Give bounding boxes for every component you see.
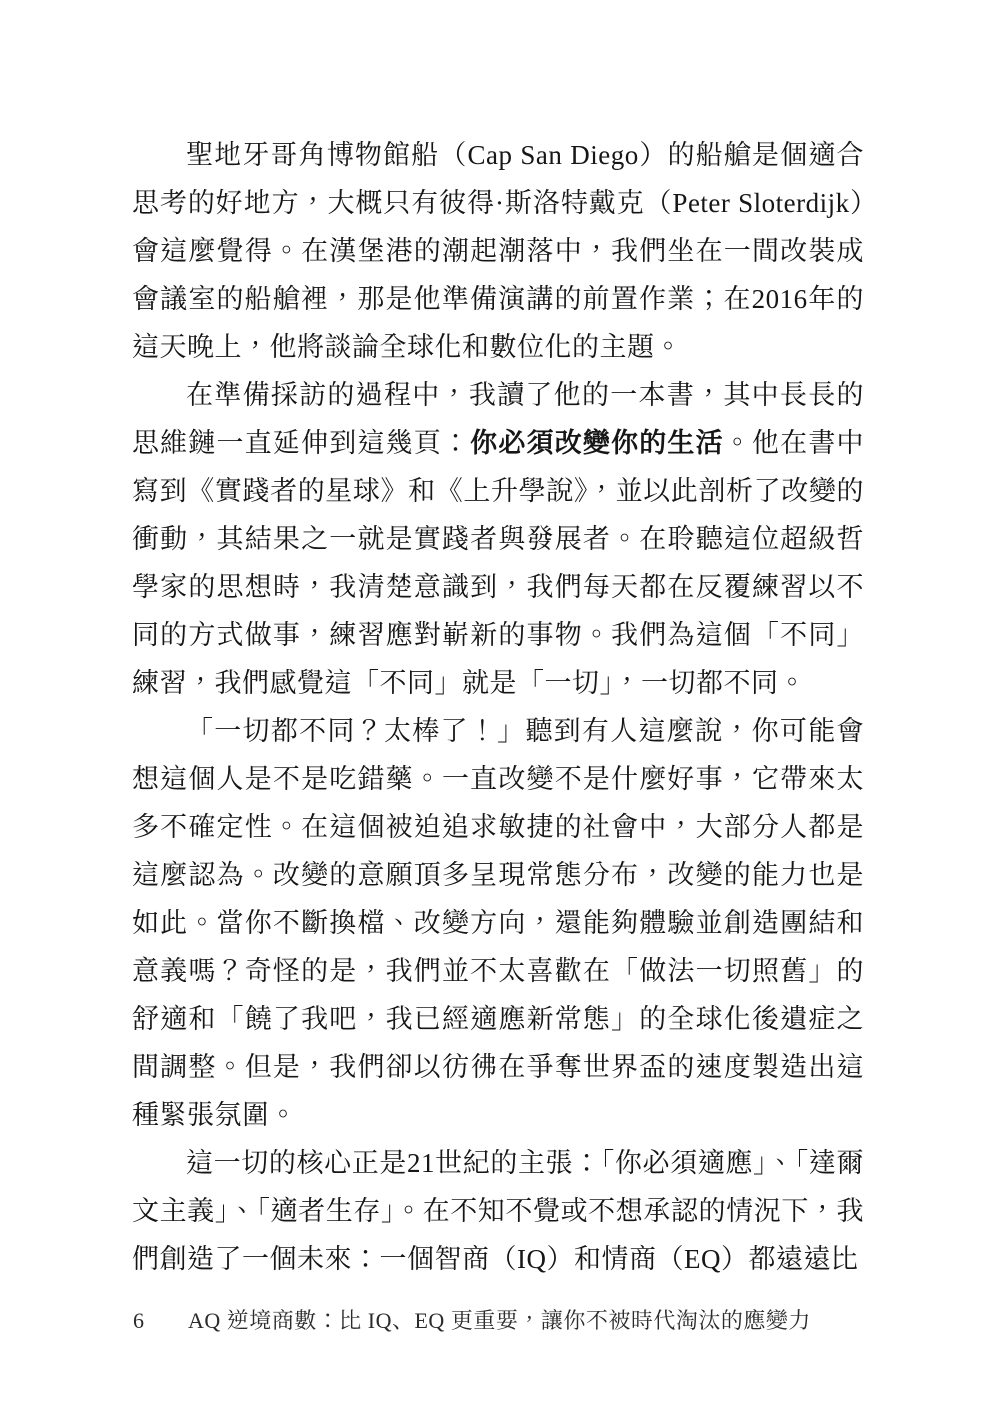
paragraph-3: 「一切都不同？太棒了！」聽到有人這麼說，你可能會想這個人是不是吃錯藥。一直改變不…: [132, 707, 864, 1139]
paragraph-2-text-after: 。他在書中寫到《實踐者的星球》和《上升學說》，並以此剖析了改變的衝動，其結果之一…: [132, 428, 864, 698]
page-number: 6: [133, 1306, 147, 1336]
book-page: 聖地牙哥角博物館船（Cap San Diego）的船艙是個適合思考的好地方，大概…: [0, 0, 1000, 1418]
bold-phrase: 你必須改變你的生活: [470, 428, 724, 458]
paragraph-2: 在準備採訪的過程中，我讀了他的一本書，其中長長的思維鏈一直延伸到這幾頁：你必須改…: [132, 371, 864, 707]
body-text: 聖地牙哥角博物館船（Cap San Diego）的船艙是個適合思考的好地方，大概…: [132, 131, 864, 1283]
paragraph-4: 這一切的核心正是21世紀的主張：「你必須適應」、「達爾文主義」、「適者生存」。在…: [132, 1139, 864, 1283]
running-title: AQ 逆境商數：比 IQ、EQ 更重要，讓你不被時代淘汰的應變力: [188, 1306, 811, 1336]
paragraph-1: 聖地牙哥角博物館船（Cap San Diego）的船艙是個適合思考的好地方，大概…: [132, 131, 864, 371]
page-footer: 6AQ 逆境商數：比 IQ、EQ 更重要，讓你不被時代淘汰的應變力: [133, 1306, 873, 1336]
